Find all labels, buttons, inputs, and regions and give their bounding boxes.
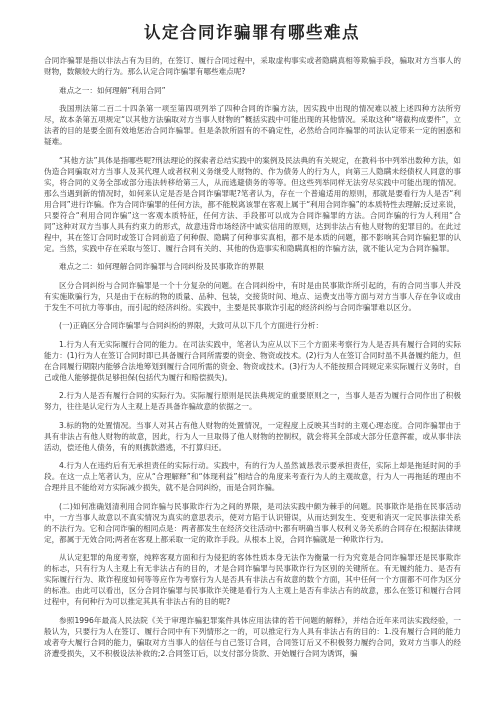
section-heading-difficulty-2: 难点之二：如何理解合同诈骗罪与合同纠纷及民事欺诈的界限 xyxy=(44,261,461,272)
document-body: 合同诈骗罪是指以非法占有为目的，在签订、履行合同过程中，采取虚构事实或者隐瞒真相… xyxy=(44,55,461,666)
paragraph: 区分合同纠纷与合同诈骗罪是一个十分复杂的问题。在合同纠纷中，有时是由民事欺诈所引… xyxy=(44,280,461,313)
subsection-heading-1: (一)正确区分合同诈骗罪与合同纠纷的界限，大致可从以下几个方面进行分析： xyxy=(44,320,461,331)
list-item-2: 2.行为人是否有履行合同的实际行为。实际履行原则是民法典规定的重要原则之一，当事… xyxy=(44,390,461,412)
list-item-3: 3.标的物的处置情况。当事人对其占有他人财物的处置情况，一定程度上反映其当时的主… xyxy=(44,420,461,453)
paragraph: 参照1996年最高人民法院《关于审理诈骗犯罪案件具体应用法律的若干问题的解释》，… xyxy=(44,615,461,659)
subsection-paragraph-2: (二)如何准确划清利用合同诈骗与民事欺诈行为之间的界限，是司法实践中颇为棘手的问… xyxy=(44,501,461,545)
page-title: 认定合同诈骗罪有哪些难点 xyxy=(0,22,504,44)
intro-paragraph: 合同诈骗罪是指以非法占有为目的，在签订、履行合同过程中，采取虚构事实或者隐瞒真相… xyxy=(44,55,461,77)
paragraph: 从认定犯罪的角度考察，纯粹客观方面和行为侵犯的客体性质本身无法作为衡量一行为究竟… xyxy=(44,552,461,607)
paragraph: “其他方法”具体是指哪些呢?刑法理论的探索者总结实践中的案例及民法典的有关规定，… xyxy=(44,155,461,254)
section-heading-difficulty-1: 难点之一：如何理解“利用合同” xyxy=(44,85,461,96)
list-item-4: 4.行为人在违约后有无承担责任的实际行动。实践中，有的行为人虽然诚恳表示要承担责… xyxy=(44,460,461,493)
paragraph: 我国刑法第二百二十四条第一项至第四项列举了四种合同的诈骗方法，因实践中出现的情况… xyxy=(44,103,461,147)
list-item-1: 1.行为人有无实际履行合同的能力。在司法实践中，笔者认为应从以下三个方面来考察行… xyxy=(44,339,461,383)
document-page: 认定合同诈骗罪有哪些难点 合同诈骗罪是指以非法占有为目的，在签订、履行合同过程中… xyxy=(0,0,504,713)
